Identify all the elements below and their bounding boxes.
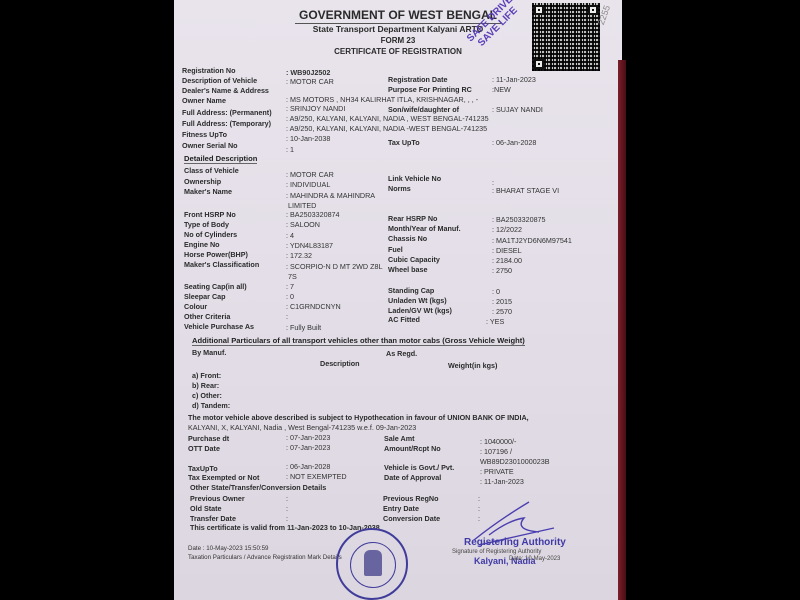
official-seal <box>336 528 408 600</box>
amount-rcpt-label: Amount/Rcpt No <box>384 444 441 453</box>
owner-label: Owner Name <box>182 96 226 105</box>
unladen-value: : 2015 <box>492 297 512 306</box>
axle-other: c) Other: <box>192 391 222 400</box>
link-vehicle-label: Link Vehicle No <box>388 174 441 183</box>
fitness-label: Fitness UpTo <box>182 130 227 139</box>
manuf-value: : 12/2022 <box>492 225 522 234</box>
axle-tandem: d) Tandem: <box>192 401 230 410</box>
body-value: : SALOON <box>286 220 320 229</box>
govt-pvt-value: : PRIVATE <box>480 467 514 476</box>
additional-section-title: Additional Particulars of all transport … <box>192 336 525 346</box>
purchase-as-value: : Fully Built <box>286 323 321 332</box>
approval-label: Date of Approval <box>384 473 441 482</box>
taxupto-label: TaxUpTo <box>188 464 218 473</box>
relation-value: : SUJAY NANDI <box>492 105 543 114</box>
unladen-label: Unladen Wt (kgs) <box>388 296 447 305</box>
cylinders-value: : 4 <box>286 231 294 240</box>
norms-value: : BHARAT STAGE VI <box>492 186 559 195</box>
by-manuf-label: By Manuf. <box>192 348 226 357</box>
reg-no-value: : WB90J2502 <box>286 68 330 77</box>
criteria-value: : <box>286 312 288 321</box>
addr-temp-label: Full Address: (Temporary) <box>182 119 271 128</box>
fitness-value: : 10-Jan-2038 <box>286 134 330 143</box>
classification-label: Maker's Classification <box>184 260 259 269</box>
addr-temp-value: : A9/250, KALYANI, KALYANI, NADIA -WEST … <box>286 124 487 133</box>
prev-owner-value: : <box>286 494 288 503</box>
axle-front: a) Front: <box>192 371 221 380</box>
ac-label: AC Fitted <box>388 315 420 324</box>
sleeper-label: Sleepar Cap <box>184 292 226 301</box>
seating-label: Seating Cap(in all) <box>184 282 247 291</box>
purpose-label: Purpose For Printing RC <box>388 85 472 94</box>
standing-label: Standing Cap <box>388 286 434 295</box>
description-header: Description <box>320 359 360 368</box>
prev-regno-label: Previous RegNo <box>383 494 439 503</box>
weight-header: Weight(in kgs) <box>448 361 497 370</box>
criteria-label: Other Criteria <box>184 312 230 321</box>
standing-value: : 0 <box>492 287 500 296</box>
ott-date-label: OTT Date <box>188 444 220 453</box>
ownership-value: : INDIVIDUAL <box>286 180 330 189</box>
engine-label: Engine No <box>184 240 220 249</box>
fuel-value: : DIESEL <box>492 246 522 255</box>
purpose-value: :NEW <box>492 85 511 94</box>
hp-label: Horse Power(BHP) <box>184 250 248 259</box>
classification-value-cont: 7S <box>288 272 297 281</box>
old-state-value: : <box>286 504 288 513</box>
tax-upto-value: : 06-Jan-2028 <box>492 138 536 147</box>
body-label: Type of Body <box>184 220 229 229</box>
amount-rcpt-value-cont: WB89D2301000023B <box>480 457 550 466</box>
purchase-dt-value: : 07-Jan-2023 <box>286 433 330 442</box>
transfer-date-label: Transfer Date <box>190 514 236 523</box>
transfer-section-title: Other State/Transfer/Conversion Details <box>190 483 326 492</box>
sale-amt-value: : 1040000/- <box>480 437 516 446</box>
manuf-label: Month/Year of Manuf. <box>388 224 461 233</box>
maker-value-cont: LIMITED <box>288 201 316 210</box>
tax-exempted-label: Tax Exempted or Not <box>188 473 259 482</box>
tax-exempted-value: : NOT EXEMPTED <box>286 472 347 481</box>
norms-label: Norms <box>388 184 411 193</box>
seating-value: : 7 <box>286 282 294 291</box>
chassis-label: Chassis No <box>388 234 427 243</box>
purchase-dt-label: Purchase dt <box>188 434 229 443</box>
ac-value: : YES <box>486 317 504 326</box>
national-emblem-icon <box>364 550 382 576</box>
footer-date: Date : 10-May-2023 15:50:59 <box>188 545 269 552</box>
taxation-particulars: Taxation Particulars / Advance Registrat… <box>188 554 342 561</box>
chassis-value: : MA1TJ2YD6N6M97541 <box>492 236 572 245</box>
colour-value: : C1GRNDCNYN <box>286 302 341 311</box>
reg-date-label: Registration Date <box>388 75 448 84</box>
authority-date: Date: 10-May-2023 <box>509 556 560 562</box>
description-label: Description of Vehicle <box>182 76 257 85</box>
as-regd-label: As Regd. <box>386 349 417 358</box>
wheelbase-label: Wheel base <box>388 265 428 274</box>
sleeper-value: : 0 <box>286 292 294 301</box>
front-hsrp-label: Front HSRP No <box>184 210 236 219</box>
owner-serial-label: Owner Serial No <box>182 141 238 150</box>
cc-value: : 2184.00 <box>492 256 522 265</box>
cylinders-label: No of Cylinders <box>184 230 237 239</box>
fuel-label: Fuel <box>388 245 403 254</box>
tax-upto-label: Tax UpTo <box>388 138 420 147</box>
detailed-section-title: Detailed Description <box>184 154 257 164</box>
entry-date-label: Entry Date <box>383 504 419 513</box>
classification-value: : SCORPIO-N D MT 2WD Z8L <box>286 262 383 271</box>
front-hsrp-value: : BA2503320874 <box>286 210 340 219</box>
laden-label: Laden/GV Wt (kgs) <box>388 306 452 315</box>
rear-hsrp-label: Rear HSRP No <box>388 214 437 223</box>
dealer-label: Dealer's Name & Address <box>182 86 269 95</box>
amount-rcpt-value: : 107196 / <box>480 447 512 456</box>
approval-value: : 11-Jan-2023 <box>480 477 524 486</box>
purchase-as-label: Vehicle Purchase As <box>184 322 254 331</box>
reg-date-value: : 11-Jan-2023 <box>492 75 536 84</box>
red-background-edge <box>618 60 626 600</box>
cc-label: Cubic Capacity <box>388 255 440 264</box>
transfer-date-value: : <box>286 514 288 523</box>
engine-value: : YDN4L83187 <box>286 241 333 250</box>
qr-code <box>532 3 600 71</box>
taxupto-value: : 06-Jan-2028 <box>286 462 330 471</box>
maker-label: Maker's Name <box>184 187 232 196</box>
govt-pvt-label: Vehicle is Govt./ Pvt. <box>384 463 454 472</box>
old-state-label: Old State <box>190 504 222 513</box>
conversion-date-label: Conversion Date <box>383 514 440 523</box>
class-value: : MOTOR CAR <box>286 170 334 179</box>
description-value: : MOTOR CAR <box>286 77 334 86</box>
axle-rear: b) Rear: <box>192 381 219 390</box>
prev-owner-label: Previous Owner <box>190 494 245 503</box>
hypothecation-line1: The motor vehicle above described is sub… <box>188 413 529 422</box>
owner-serial-value: : 1 <box>286 145 294 154</box>
class-label: Class of Vehicle <box>184 166 239 175</box>
wheelbase-value: : 2750 <box>492 266 512 275</box>
reg-no-label: Registration No <box>182 66 236 75</box>
hp-value: : 172.32 <box>286 251 312 260</box>
laden-value: : 2570 <box>492 307 512 316</box>
authority-signature-label: Signature of Registering Authority <box>452 549 541 555</box>
ott-date-value: : 07-Jan-2023 <box>286 443 330 452</box>
addr-perm-value: : A9/250, KALYANI, KALYANI, NADIA , WEST… <box>286 114 489 123</box>
registration-certificate: GOVERNMENT OF WEST BENGAL State Transpor… <box>174 0 622 600</box>
sale-amt-label: Sale Amt <box>384 434 415 443</box>
hypothecation-line2: KALYANI, X, KALYANI, Nadia , West Bengal… <box>188 423 416 432</box>
validity-text: This certificate is valid from 11-Jan-20… <box>190 523 380 532</box>
owner-value: : SRINJOY NANDI <box>286 104 345 113</box>
relation-label: Son/wife/daughter of <box>388 105 459 114</box>
colour-label: Colour <box>184 302 207 311</box>
dealer-value: : MS MOTORS , NH34 KALIRHAT ITLA, KRISHN… <box>286 95 478 104</box>
registering-authority-stamp: Registering Authority <box>464 537 566 548</box>
addr-perm-label: Full Address: (Permanent) <box>182 108 272 117</box>
ownership-label: Ownership <box>184 177 221 186</box>
maker-value: : MAHINDRA & MAHINDRA <box>286 191 375 200</box>
rear-hsrp-value: : BA2503320875 <box>492 215 546 224</box>
